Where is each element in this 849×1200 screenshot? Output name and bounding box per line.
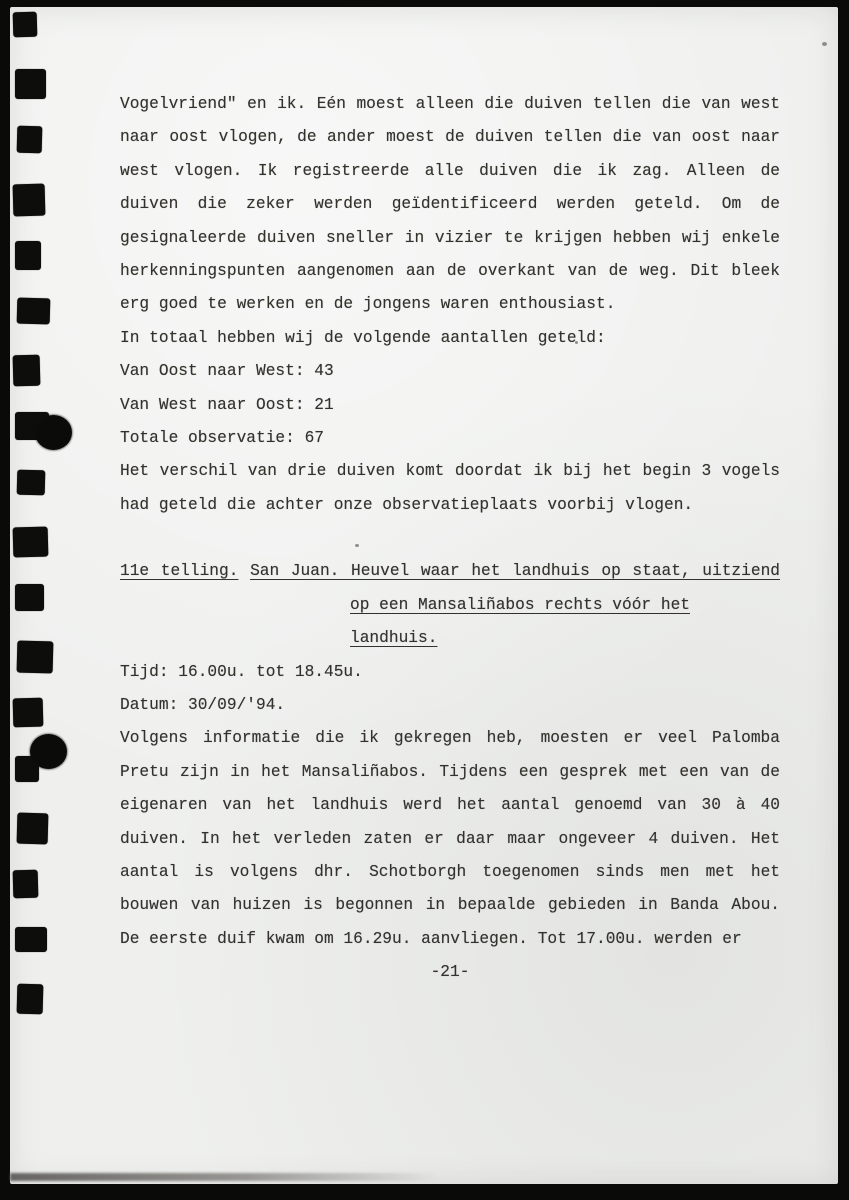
text-line: duiven die zeker werden geïdentificeerd … (120, 188, 780, 221)
text-line: Tijd: 16.00u. tot 18.45u. (120, 656, 780, 689)
binding-mark (17, 984, 44, 1015)
text-line: Volgens informatie die ik gekregen heb, … (120, 722, 780, 755)
text-line: Vogelvriend" en ik. Eén moest alleen die… (120, 88, 780, 121)
text-line: In totaal hebben wij de volgende aantall… (120, 322, 780, 355)
binding-mark (13, 12, 38, 38)
text-line: aantal is volgens dhr. Schotborgh toegen… (120, 856, 780, 889)
underlined-heading-text: San Juan. Heuvel waar het landhuis op st… (250, 562, 780, 580)
binding-mark (17, 298, 51, 325)
blank-line (120, 522, 780, 555)
text-line: had geteld die achter onze observatiepla… (120, 489, 780, 522)
text-block: Vogelvriend" en ik. Eén moest alleen die… (120, 88, 780, 956)
text-line: erg goed te werken en de jongens waren e… (120, 288, 780, 321)
binding-mark (15, 241, 41, 270)
text-line: gesignaleerde duiven sneller in vizier t… (120, 222, 780, 255)
binding-mark (13, 183, 46, 216)
binding-mark (17, 812, 49, 844)
binding-mark (13, 870, 39, 899)
underlined-heading-text: landhuis. (350, 629, 437, 647)
binding-mark (13, 355, 41, 387)
text-line: De eerste duif kwam om 16.29u. aanvliege… (120, 923, 780, 956)
speck (822, 42, 827, 46)
text-line: Van Oost naar West: 43 (120, 355, 780, 388)
text-line: Datum: 30/09/'94. (120, 689, 780, 722)
text-line: Totale observatie: 67 (120, 422, 780, 455)
binding-mark (13, 698, 44, 728)
text-line: bouwen van huizen is begonnen in bepaald… (120, 889, 780, 922)
section-heading-line: 11e telling. San Juan. Heuvel waar het l… (120, 555, 780, 588)
underlined-heading-text: op een Mansaliñabos rechts vóór het (350, 596, 690, 614)
speck (575, 341, 578, 344)
text-line: Het verschil van drie duiven komt doorda… (120, 455, 780, 488)
text-line: Van West naar Oost: 21 (120, 389, 780, 422)
binding-mark (13, 526, 49, 557)
text-line: west vlogen. Ik registreerde alle duiven… (120, 155, 780, 188)
punch-hole (35, 415, 72, 450)
binding-mark (15, 927, 47, 952)
page-number: -21- (120, 956, 780, 989)
text-line: Pretu zijn in het Mansaliñabos. Tijdens … (120, 756, 780, 789)
binding-mark (17, 126, 43, 154)
binding-mark (15, 69, 46, 99)
underlined-heading-text: 11e telling. (120, 562, 238, 580)
binding-mark (15, 584, 44, 611)
text-line: herkenningspunten aangenomen aan de over… (120, 255, 780, 288)
text-line: duiven. In het verleden zaten er daar ma… (120, 823, 780, 856)
section-heading-line: op een Mansaliñabos rechts vóór het (120, 589, 780, 622)
section-heading-line: landhuis. (120, 622, 780, 655)
binding-mark (17, 469, 46, 495)
punch-hole (30, 734, 67, 769)
text-line: eigenaren van het landhuis werd het aant… (120, 789, 780, 822)
binding-mark (17, 641, 54, 674)
paper-bottom-edge-shadow (10, 1173, 440, 1181)
speck (355, 544, 359, 547)
text-line: naar oost vlogen, de ander moest de duiv… (120, 121, 780, 154)
